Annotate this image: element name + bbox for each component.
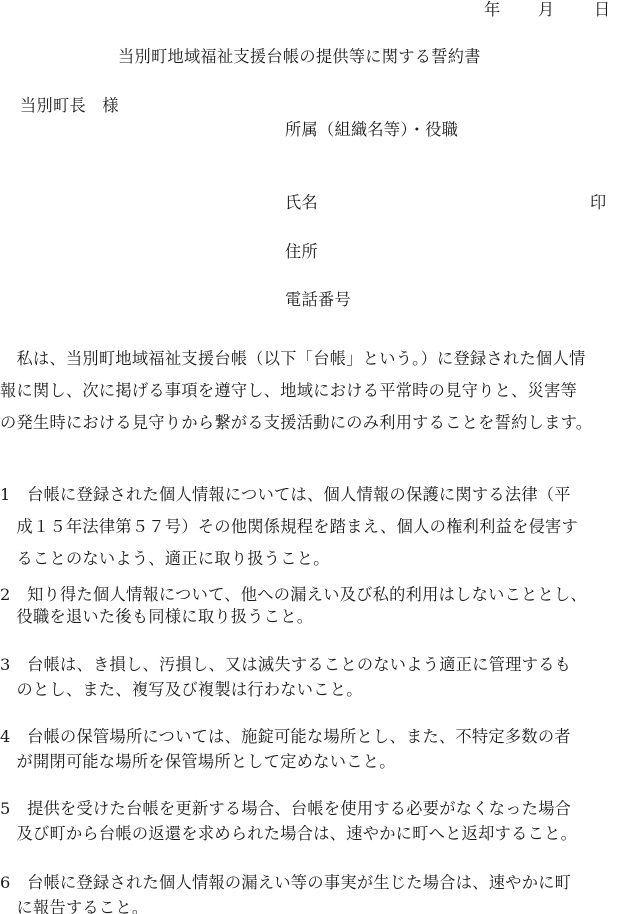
item-line: 6 台帳に登録された個人情報の漏えい等の事実が生じた場合は、速やかに町 — [0, 873, 571, 893]
item-line: のとし、また、複写及び複製は行わないこと。 — [0, 680, 363, 700]
date-year: 年 — [484, 0, 501, 20]
item-line: 及び町から台帳の返還を求められた場合は、速やかに町へと返却すること。 — [0, 824, 577, 844]
document-title: 当別町地域福祉支援台帳の提供等に関する誓約書 — [118, 47, 481, 67]
item-line: が開閉可能な場所を保管場所として定めないこと。 — [0, 752, 396, 772]
seal-mark: 印 — [590, 193, 607, 213]
name-field: 氏名 — [285, 193, 318, 213]
item-line: 3 台帳は、き損し、汚損し、又は滅失することのないよう適正に管理するも — [0, 655, 571, 675]
phone-field: 電話番号 — [285, 290, 351, 310]
item-line: 2 知り得た個人情報について、他への漏えい及び私的利用はしないこととし、 — [0, 585, 587, 605]
item-line: 役職を退いた後も同様に取り扱うこと。 — [0, 607, 313, 627]
pledge-line: の発生時における見守りから繋がる支援活動にのみ利用することを誓約します。 — [0, 413, 592, 433]
item-line: に報告すること。 — [0, 898, 148, 914]
addressee: 当別町長 様 — [20, 96, 119, 116]
item-line: 1 台帳に登録された個人情報については、個人情報の保護に関する法律（平 — [0, 485, 571, 505]
item-line: 4 台帳の保管場所については、施錠可能な場所とし、また、不特定多数の者 — [0, 727, 571, 747]
affiliation-field: 所属（組織名等）・役職 — [285, 120, 458, 140]
item-line: 5 提供を受けた台帳を更新する場合、台帳を使用する必要がなくなった場合 — [0, 799, 571, 819]
date-month: 月 — [538, 0, 555, 20]
address-field: 住所 — [285, 242, 318, 262]
pledge-line: 報に関し、次に掲げる事項を遵守し、地域における平常時の見守りと、災害等 — [0, 381, 577, 401]
item-line: ることのないよう、適正に取り扱うこと。 — [0, 549, 330, 569]
item-line: 成１５年法律第５７号）その他関係規程を踏まえ、個人の権利利益を侵害す — [0, 517, 578, 537]
pledge-line: 私は、当別町地域福祉支援台帳（以下「台帳」という。）に登録された個人情 — [0, 349, 585, 369]
date-day: 日 — [594, 0, 611, 20]
